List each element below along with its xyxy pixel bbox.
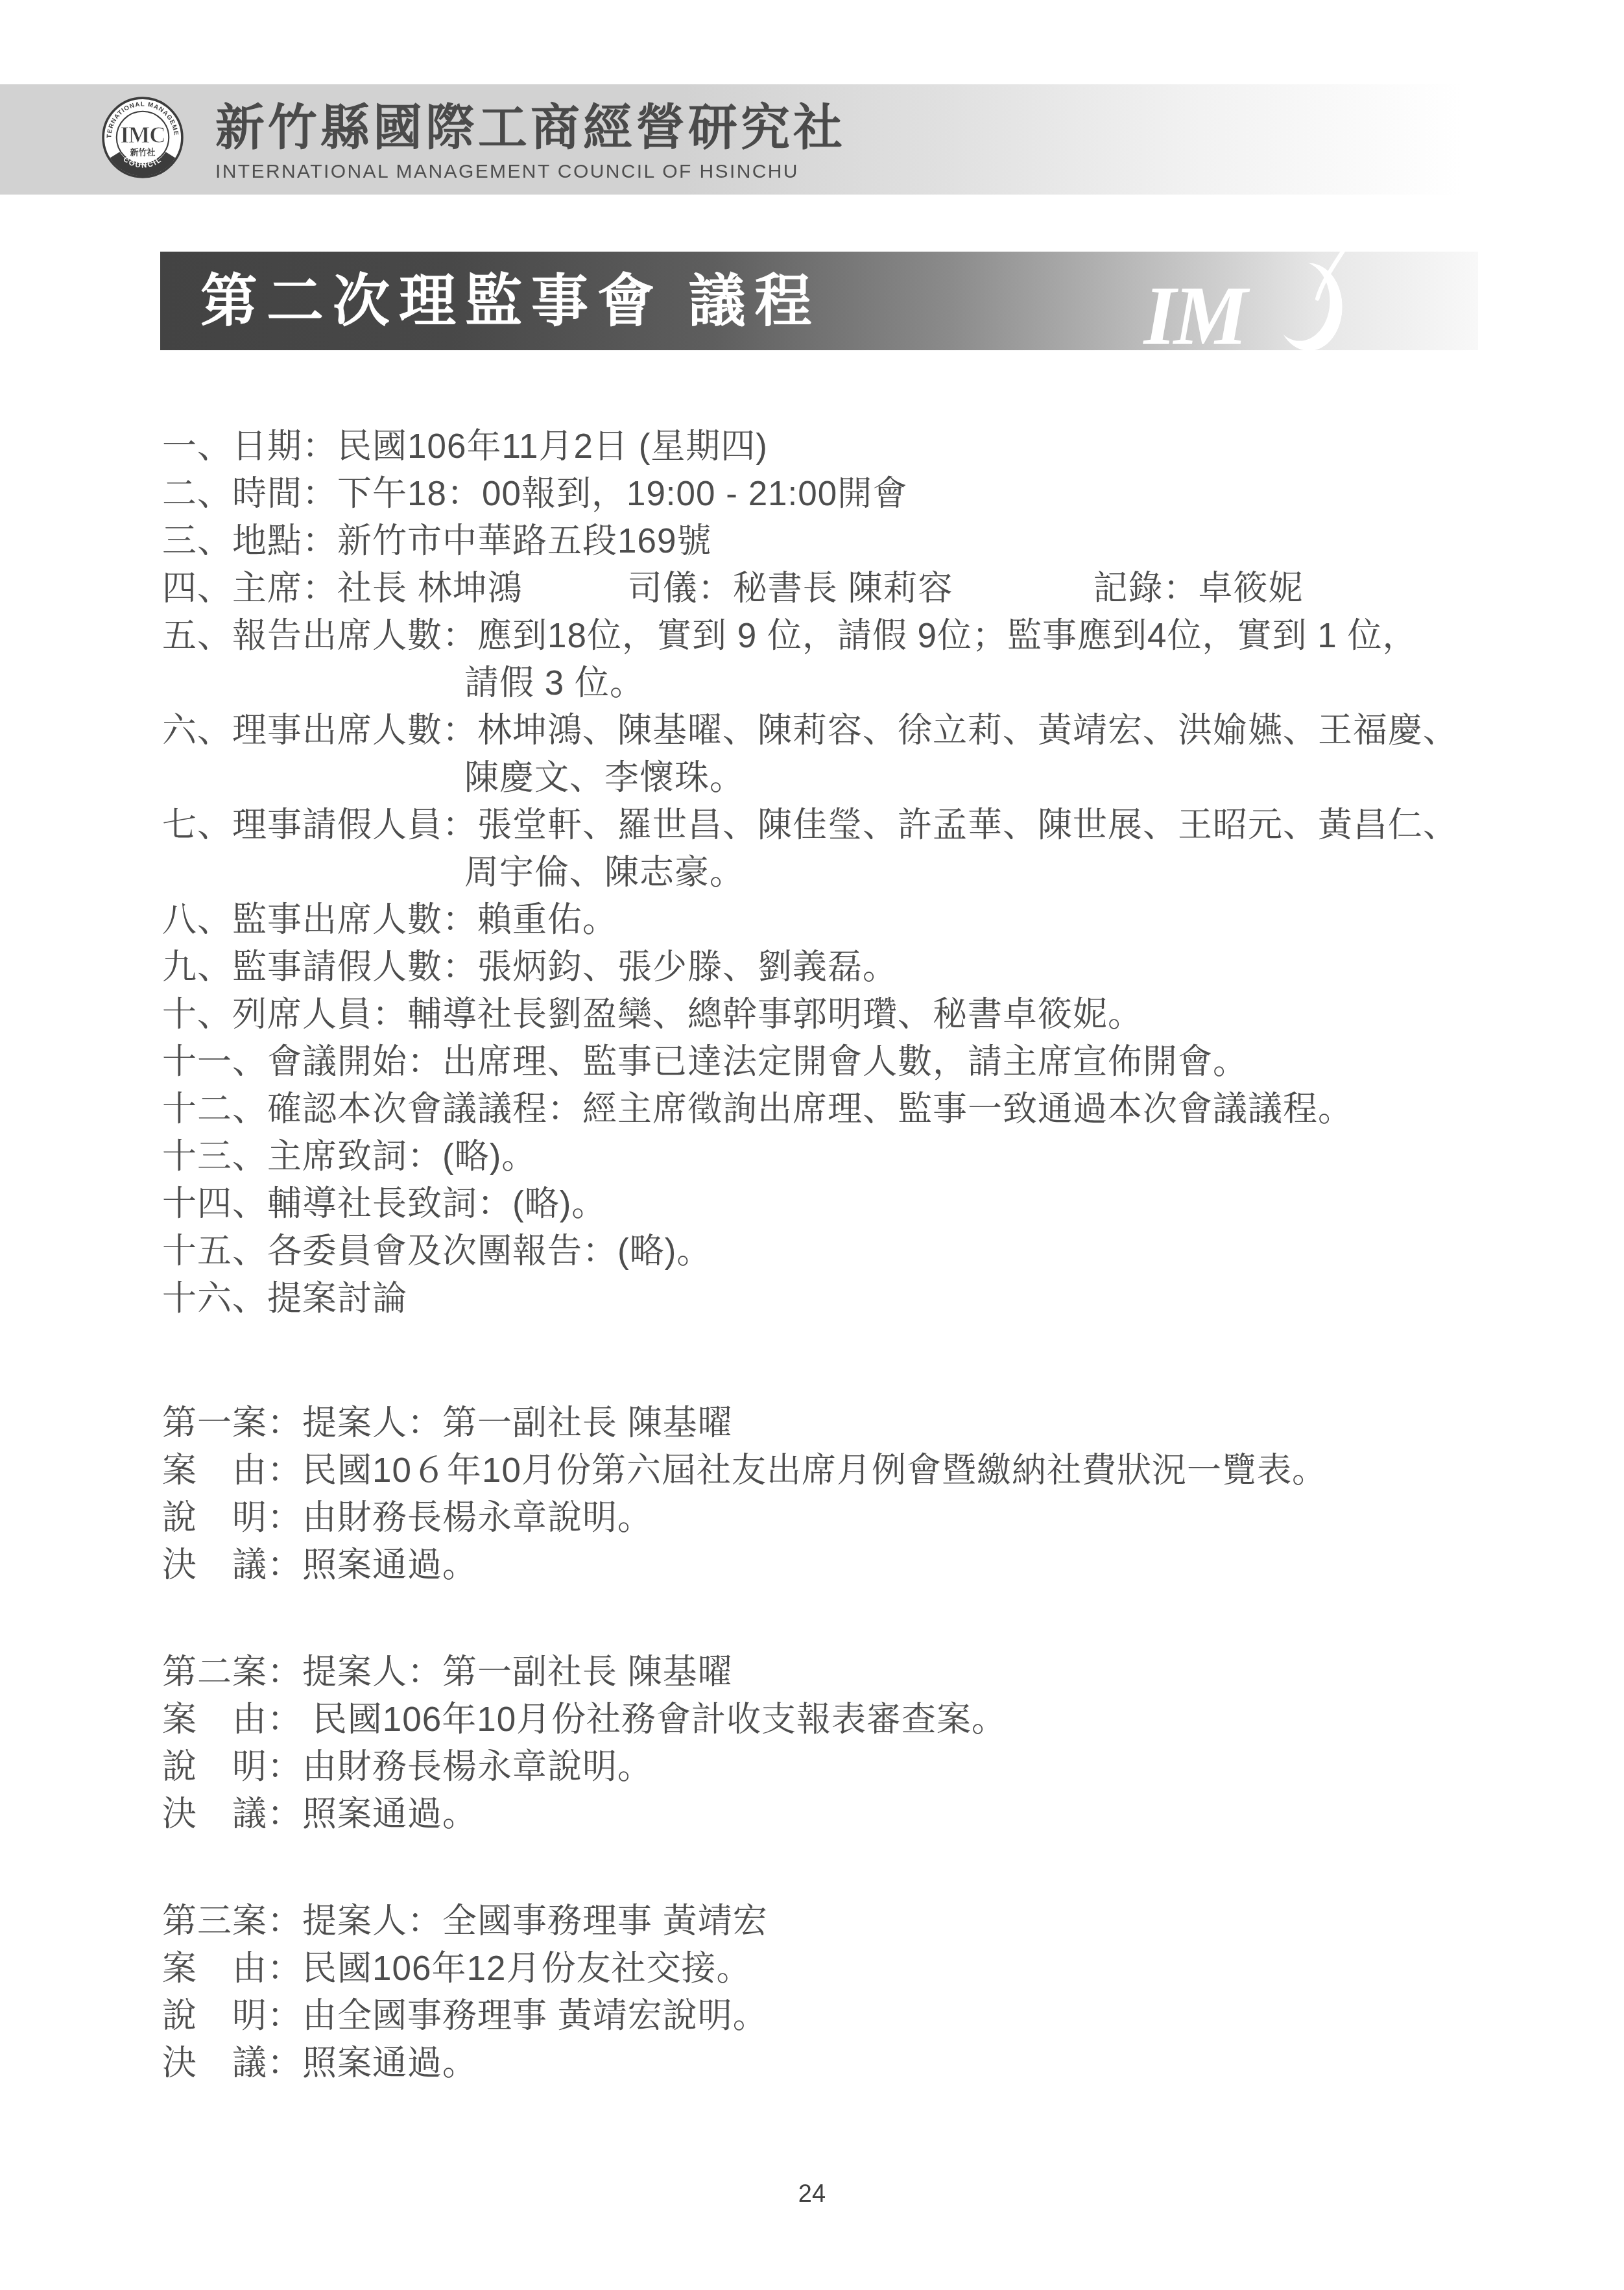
proposal-explanation-line: 說 明：由全國事務理事 黃靖宏說明。 bbox=[162, 1992, 1498, 2040]
page-number: 24 bbox=[0, 2180, 1624, 2208]
agenda-item: 六、理事出席人數：林坤鴻、陳基曜、陳莉容、徐立莉、黃靖宏、洪媮嬿、王福慶、 陳慶… bbox=[162, 707, 1498, 802]
org-name-chinese: 新竹縣國際工商經營研究社 bbox=[215, 101, 846, 156]
proposal-explanation-line: 說 明：由財務長楊永章說明。 bbox=[162, 1494, 1498, 1542]
proposal-subject-line: 案 由：民國106年12月份友社交接。 bbox=[162, 1945, 1498, 1992]
proposal-block: 第三案：提案人：全國事務理事 黃靖宏 案 由：民國106年12月份友社交接。 說… bbox=[162, 1898, 1498, 2087]
proposal-block: 第一案：提案人：第一副社長 陳基曜 案 由：民國10６年10月份第六屆社友出席月… bbox=[162, 1400, 1498, 1589]
agenda-item: 二、時間：下午18：00報到，19:00 - 21:00開會 bbox=[162, 470, 1498, 518]
proposal-proposer-line: 第一案：提案人：第一副社長 陳基曜 bbox=[162, 1400, 1498, 1447]
proposal-proposer-line: 第二案：提案人：第一副社長 陳基曜 bbox=[162, 1649, 1498, 1696]
imc-brand-logo-icon: IM bbox=[1141, 248, 1355, 357]
agenda-item: 五、報告出席人數：應到18位，實到 9 位，請假 9位；監事應到4位，實到 1 … bbox=[162, 612, 1498, 707]
agenda-item: 七、理事請假人員：張堂軒、羅世昌、陳佳瑩、許孟華、陳世展、王昭元、黃昌仁、 周宇… bbox=[162, 802, 1498, 896]
proposal-subject-line: 案 由： 民國106年10月份社務會計收支報表審查案。 bbox=[162, 1696, 1498, 1743]
proposal-proposer-line: 第三案：提案人：全國事務理事 黃靖宏 bbox=[162, 1898, 1498, 1945]
seal-subtitle: 新竹社 bbox=[130, 147, 156, 157]
agenda-item-continuation: 周宇倫、陳志豪。 bbox=[162, 849, 1498, 896]
agenda-item: 十二、確認本次會議議程：經主席徵詢出席理、監事一致通過本次會議議程。 bbox=[162, 1086, 1498, 1133]
header-band: INTERNATIONAL MANAGEMENT COUNCIL IMC 新竹社… bbox=[0, 84, 1624, 195]
proposal-block: 第二案：提案人：第一副社長 陳基曜 案 由： 民國106年10月份社務會計收支報… bbox=[162, 1649, 1498, 1838]
imc-seal-icon: INTERNATIONAL MANAGEMENT COUNCIL IMC 新竹社 bbox=[101, 96, 184, 179]
title-bar: 第二次理監事會 議程 IM bbox=[160, 252, 1478, 350]
seal-monogram: IMC bbox=[121, 123, 165, 148]
proposal-resolution-line: 決 議：照案通過。 bbox=[162, 2040, 1498, 2087]
proposal-resolution-line: 決 議：照案通過。 bbox=[162, 1542, 1498, 1589]
agenda-item: 十六、提案討論 bbox=[162, 1275, 1498, 1322]
proposal-resolution-line: 決 議：照案通過。 bbox=[162, 1791, 1498, 1838]
agenda-list: 一、日期：民國106年11月2日 (星期四) 二、時間：下午18：00報到，19… bbox=[162, 423, 1498, 1322]
agenda-item: 十一、會議開始：出席理、監事已達法定開會人數，請主席宣佈開會。 bbox=[162, 1038, 1498, 1086]
proposals-section: 第一案：提案人：第一副社長 陳基曜 案 由：民國10６年10月份第六屆社友出席月… bbox=[162, 1400, 1498, 2147]
agenda-item: 十三、主席致詞：(略)。 bbox=[162, 1133, 1498, 1180]
page-title: 第二次理監事會 議程 bbox=[200, 252, 820, 350]
agenda-item: 十五、各委員會及次團報告：(略)。 bbox=[162, 1228, 1498, 1275]
agenda-item: 九、監事請假人數：張炳鈞、張少滕、劉義磊。 bbox=[162, 944, 1498, 991]
agenda-item: 八、監事出席人數：賴重佑。 bbox=[162, 896, 1498, 944]
agenda-item: 十、列席人員：輔導社長劉盈欒、總幹事郭明瓚、秘書卓筱妮。 bbox=[162, 991, 1498, 1038]
agenda-item-continuation: 請假 3 位。 bbox=[162, 660, 1498, 707]
brand-letters: IM bbox=[1143, 270, 1250, 357]
agenda-item: 三、地點：新竹市中華路五段169號 bbox=[162, 518, 1498, 565]
brand-crescent bbox=[1276, 263, 1343, 352]
agenda-item-continuation: 陳慶文、李懷珠。 bbox=[162, 754, 1498, 802]
agenda-item: 十四、輔導社長致詞：(略)。 bbox=[162, 1180, 1498, 1228]
org-name-english: INTERNATIONAL MANAGEMENT COUNCIL OF HSIN… bbox=[215, 162, 846, 182]
proposal-explanation-line: 說 明：由財務長楊永章說明。 bbox=[162, 1743, 1498, 1791]
org-name-block: 新竹縣國際工商經營研究社 INTERNATIONAL MANAGEMENT CO… bbox=[215, 101, 846, 182]
agenda-item: 一、日期：民國106年11月2日 (星期四) bbox=[162, 423, 1498, 470]
agenda-item: 四、主席：社長 林坤鴻 司儀：秘書長 陳莉容 記錄：卓筱妮 bbox=[162, 565, 1498, 612]
document-page: INTERNATIONAL MANAGEMENT COUNCIL IMC 新竹社… bbox=[0, 0, 1624, 2290]
proposal-subject-line: 案 由：民國10６年10月份第六屆社友出席月例會暨繳納社費狀況一覽表。 bbox=[162, 1447, 1498, 1494]
